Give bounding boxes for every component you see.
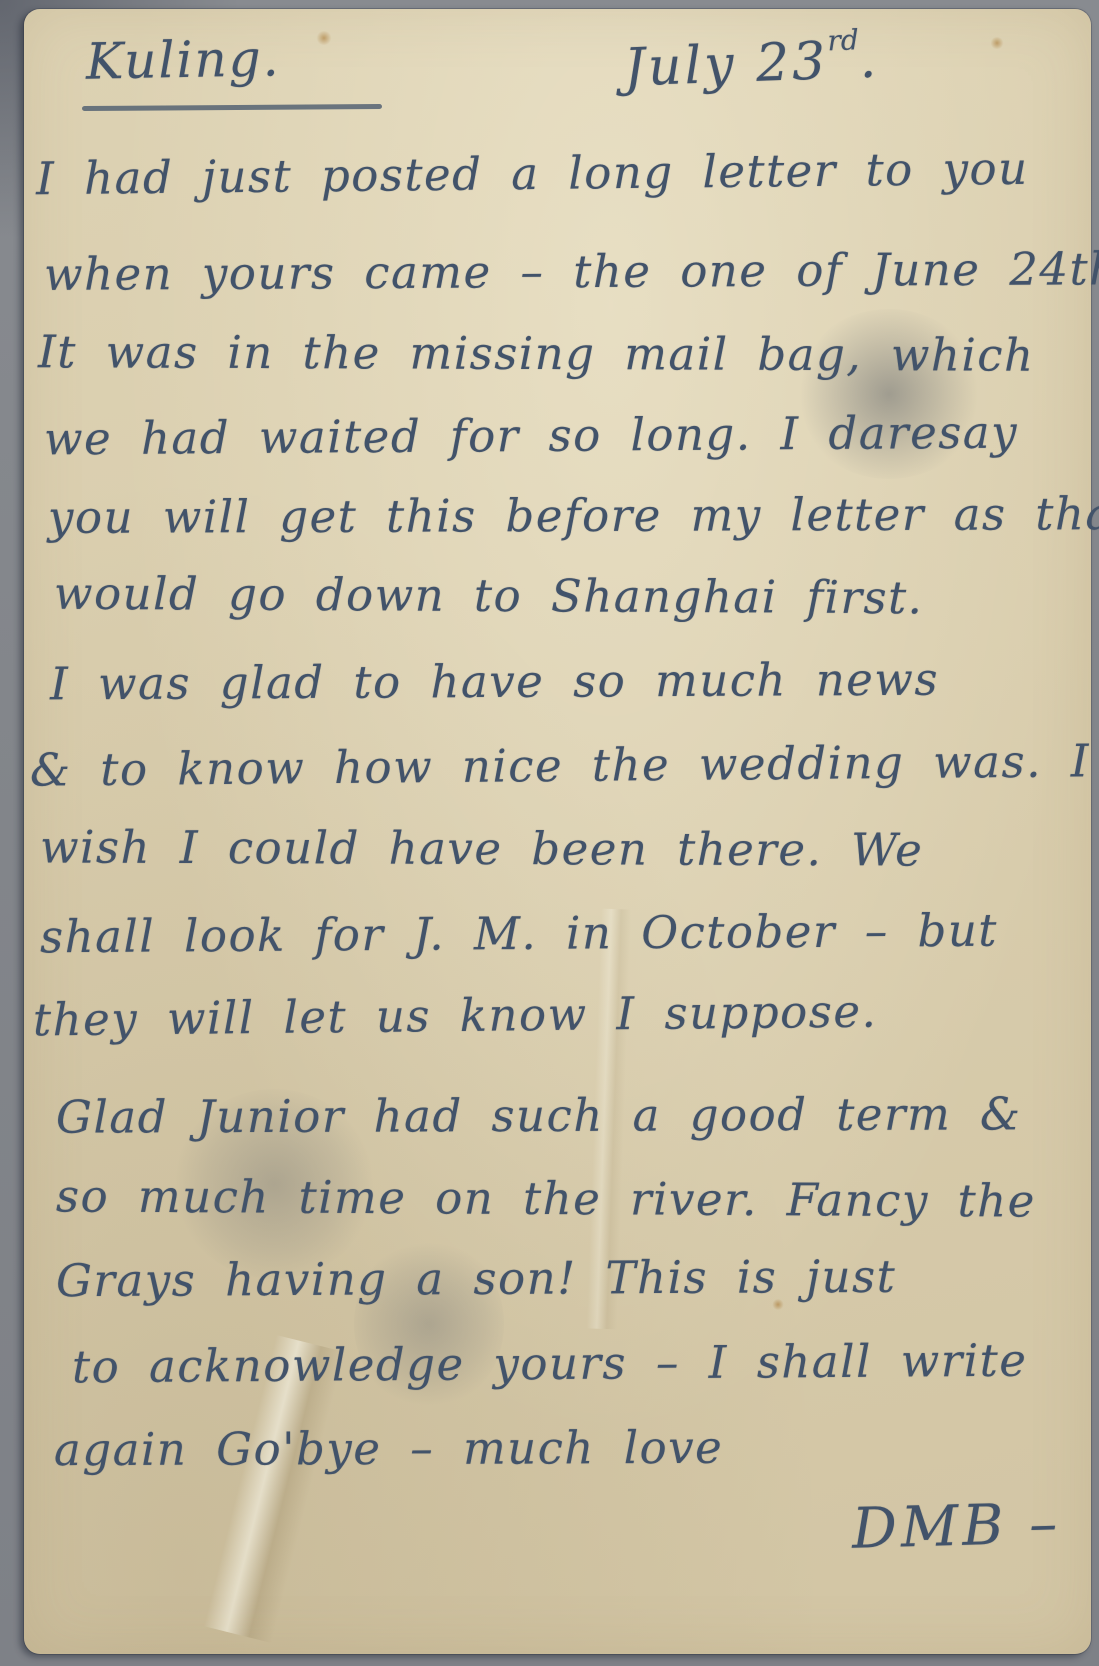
letter-line: I had just posted a long letter to you <box>36 142 1029 205</box>
foxing-spot <box>316 31 332 45</box>
scanned-postcard-page: { "document_type": "handwritten letter (… <box>0 0 1099 1666</box>
letter-line: you will get this before my letter as th… <box>48 487 1099 544</box>
postcard-paper: Kuling. July 23rd. I had just posted a l… <box>24 9 1091 1654</box>
place-underline <box>82 104 382 111</box>
letter-line: wish I could have been there. We <box>40 820 924 876</box>
letter-line: would go down to Shanghai first. <box>54 567 924 625</box>
letter-line: It was in the missing mail bag, which <box>38 325 1035 381</box>
date-suffix: . <box>858 30 880 91</box>
place-heading: Kuling. <box>86 29 282 90</box>
letter-line: Grays having a son! This is just <box>56 1250 896 1307</box>
date-ordinal: rd <box>827 23 859 57</box>
letter-line: we had waited for so long. I daresay <box>44 406 1018 466</box>
letter-line: when yours came – the one of June 24th. <box>44 242 1099 301</box>
letter-line: I was glad to have so much news <box>50 653 939 711</box>
letter-line: Glad Junior had such a good term & <box>56 1087 1022 1143</box>
date-heading: July 23rd. <box>623 23 880 99</box>
letter-line: again Go'bye – much love <box>54 1421 723 1476</box>
letter-line: to acknowledge yours – I shall write <box>72 1334 1028 1394</box>
letter-line: they will let us know I suppose. <box>33 985 878 1047</box>
signature: DMB – <box>851 1491 1062 1561</box>
letter-line: so much time on the river. Fancy the <box>56 1169 1036 1227</box>
letter-line: shall look for J. M. in October – but <box>40 904 998 964</box>
foxing-spot <box>990 37 1004 49</box>
letter-line: & to know how nice the wedding was. I <box>30 734 1090 796</box>
date-text: July 23 <box>623 31 829 98</box>
